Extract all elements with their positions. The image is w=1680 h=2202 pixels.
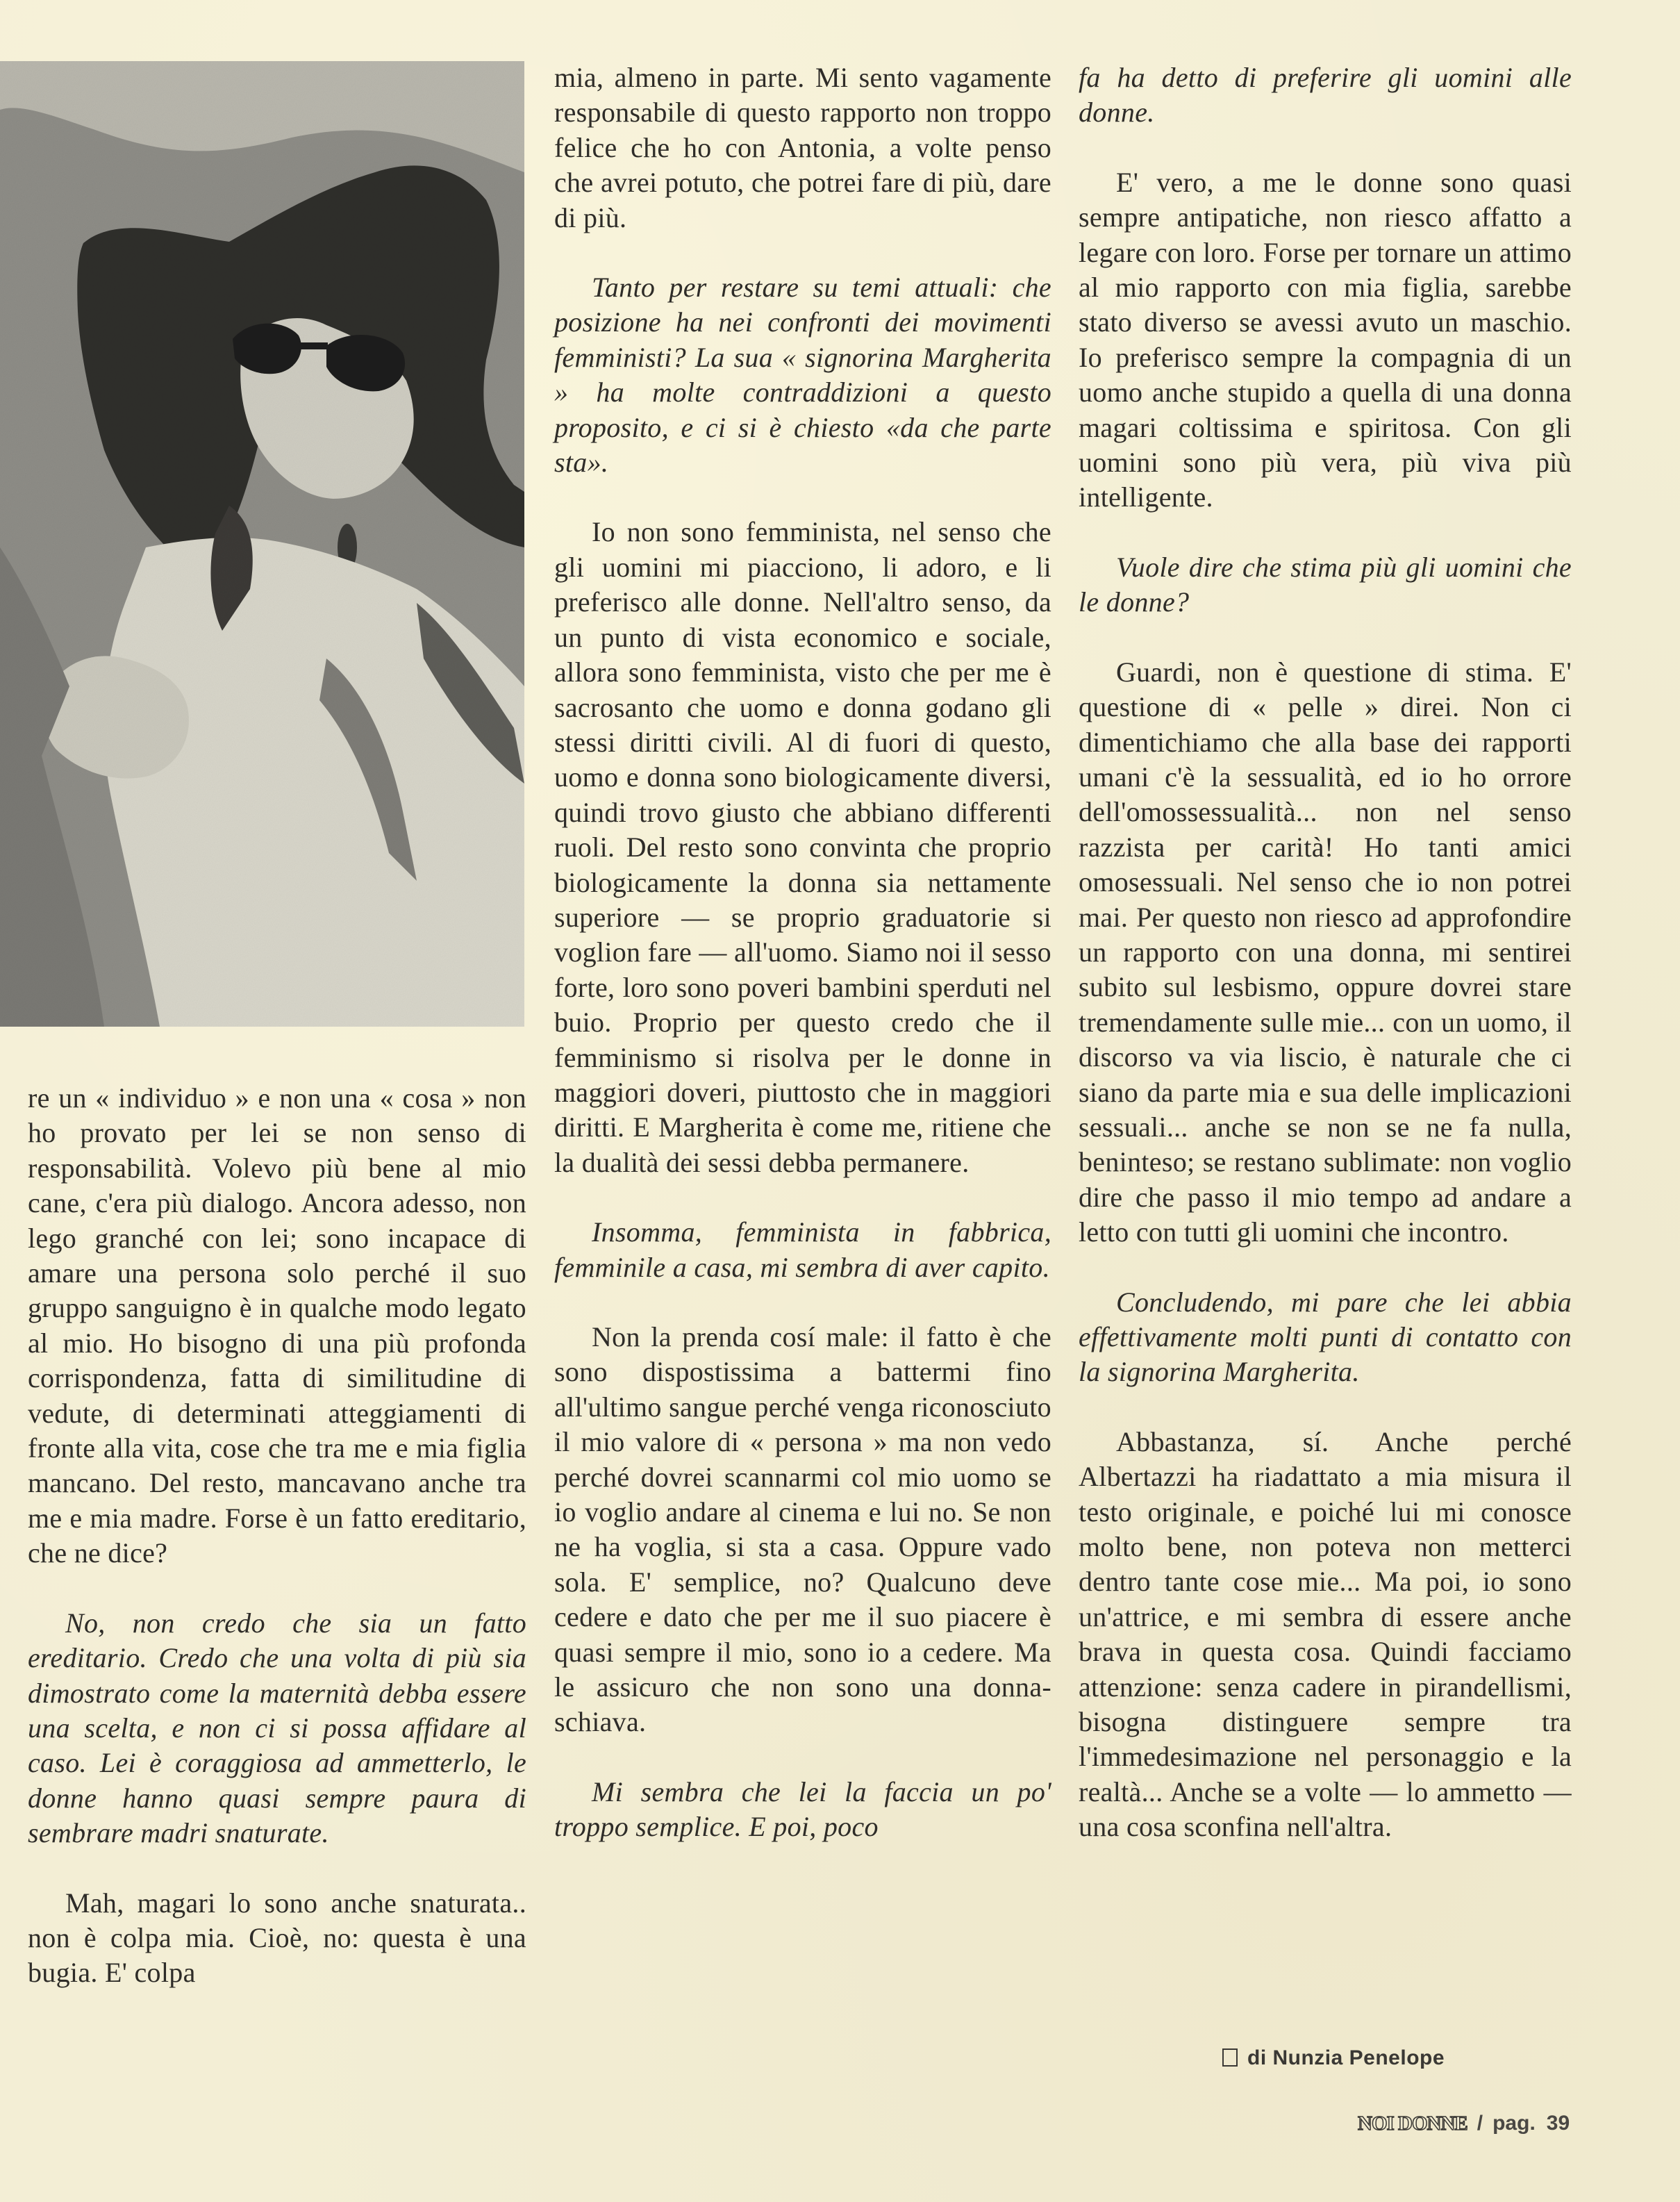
article-column-3: fa ha detto di preferire gli uomini alle… xyxy=(1079,60,1572,1880)
interviewer-question: Mi sembra che lei la faccia un po' tropp… xyxy=(554,1775,1051,1845)
page-footer: NOI DONNE/pag.39 xyxy=(1358,2112,1570,2135)
answer-paragraph: Non la prenda cosí male: il fatto è che … xyxy=(554,1320,1051,1740)
answer-paragraph: E' vero, a me le donne sono quasi sempre… xyxy=(1079,165,1572,515)
answer-paragraph: Mah, magari lo sono anche snaturata.. no… xyxy=(28,1886,526,1991)
article-column-1: re un « individuo » e non una « cosa » n… xyxy=(28,1081,526,2026)
interviewer-question: Concludendo, mi pare che lei abbia effet… xyxy=(1079,1285,1572,1390)
answer-paragraph: mia, almeno in parte. Mi sento vagamente… xyxy=(554,60,1051,235)
article-column-2: mia, almeno in parte. Mi sento vagamente… xyxy=(554,60,1051,1880)
page-number: 39 xyxy=(1547,2112,1570,2135)
woman-in-hat-photo-illustration xyxy=(0,61,524,1027)
answer-paragraph: re un « individuo » e non una « cosa » n… xyxy=(28,1081,526,1571)
answer-paragraph: Io non sono femminista, nel senso che gl… xyxy=(554,515,1051,1180)
author-name: di Nunzia Penelope xyxy=(1247,2046,1445,2069)
portrait-photo xyxy=(0,61,524,1027)
interviewer-question: No, non credo che sia un fatto ereditari… xyxy=(28,1606,526,1851)
magazine-logo: NOI DONNE xyxy=(1358,2112,1467,2135)
author-byline: di Nunzia Penelope xyxy=(1222,2046,1445,2070)
interviewer-question: Vuole dire che stima più gli uomini che … xyxy=(1079,550,1572,620)
page-label: pag. xyxy=(1492,2112,1536,2135)
interviewer-question: Insomma, femminista in fabbrica, femmini… xyxy=(554,1215,1051,1285)
answer-paragraph: Guardi, non è questione di stima. E' que… xyxy=(1079,655,1572,1250)
answer-paragraph: Abbastanza, sí. Anche perché Albertazzi … xyxy=(1079,1425,1572,1845)
interviewer-question: Tanto per restare su temi attuali: che p… xyxy=(554,270,1051,480)
footer-separator: / xyxy=(1477,2112,1483,2135)
square-box-icon xyxy=(1222,2048,1238,2067)
interviewer-question: fa ha detto di preferire gli uomini alle… xyxy=(1079,60,1572,131)
